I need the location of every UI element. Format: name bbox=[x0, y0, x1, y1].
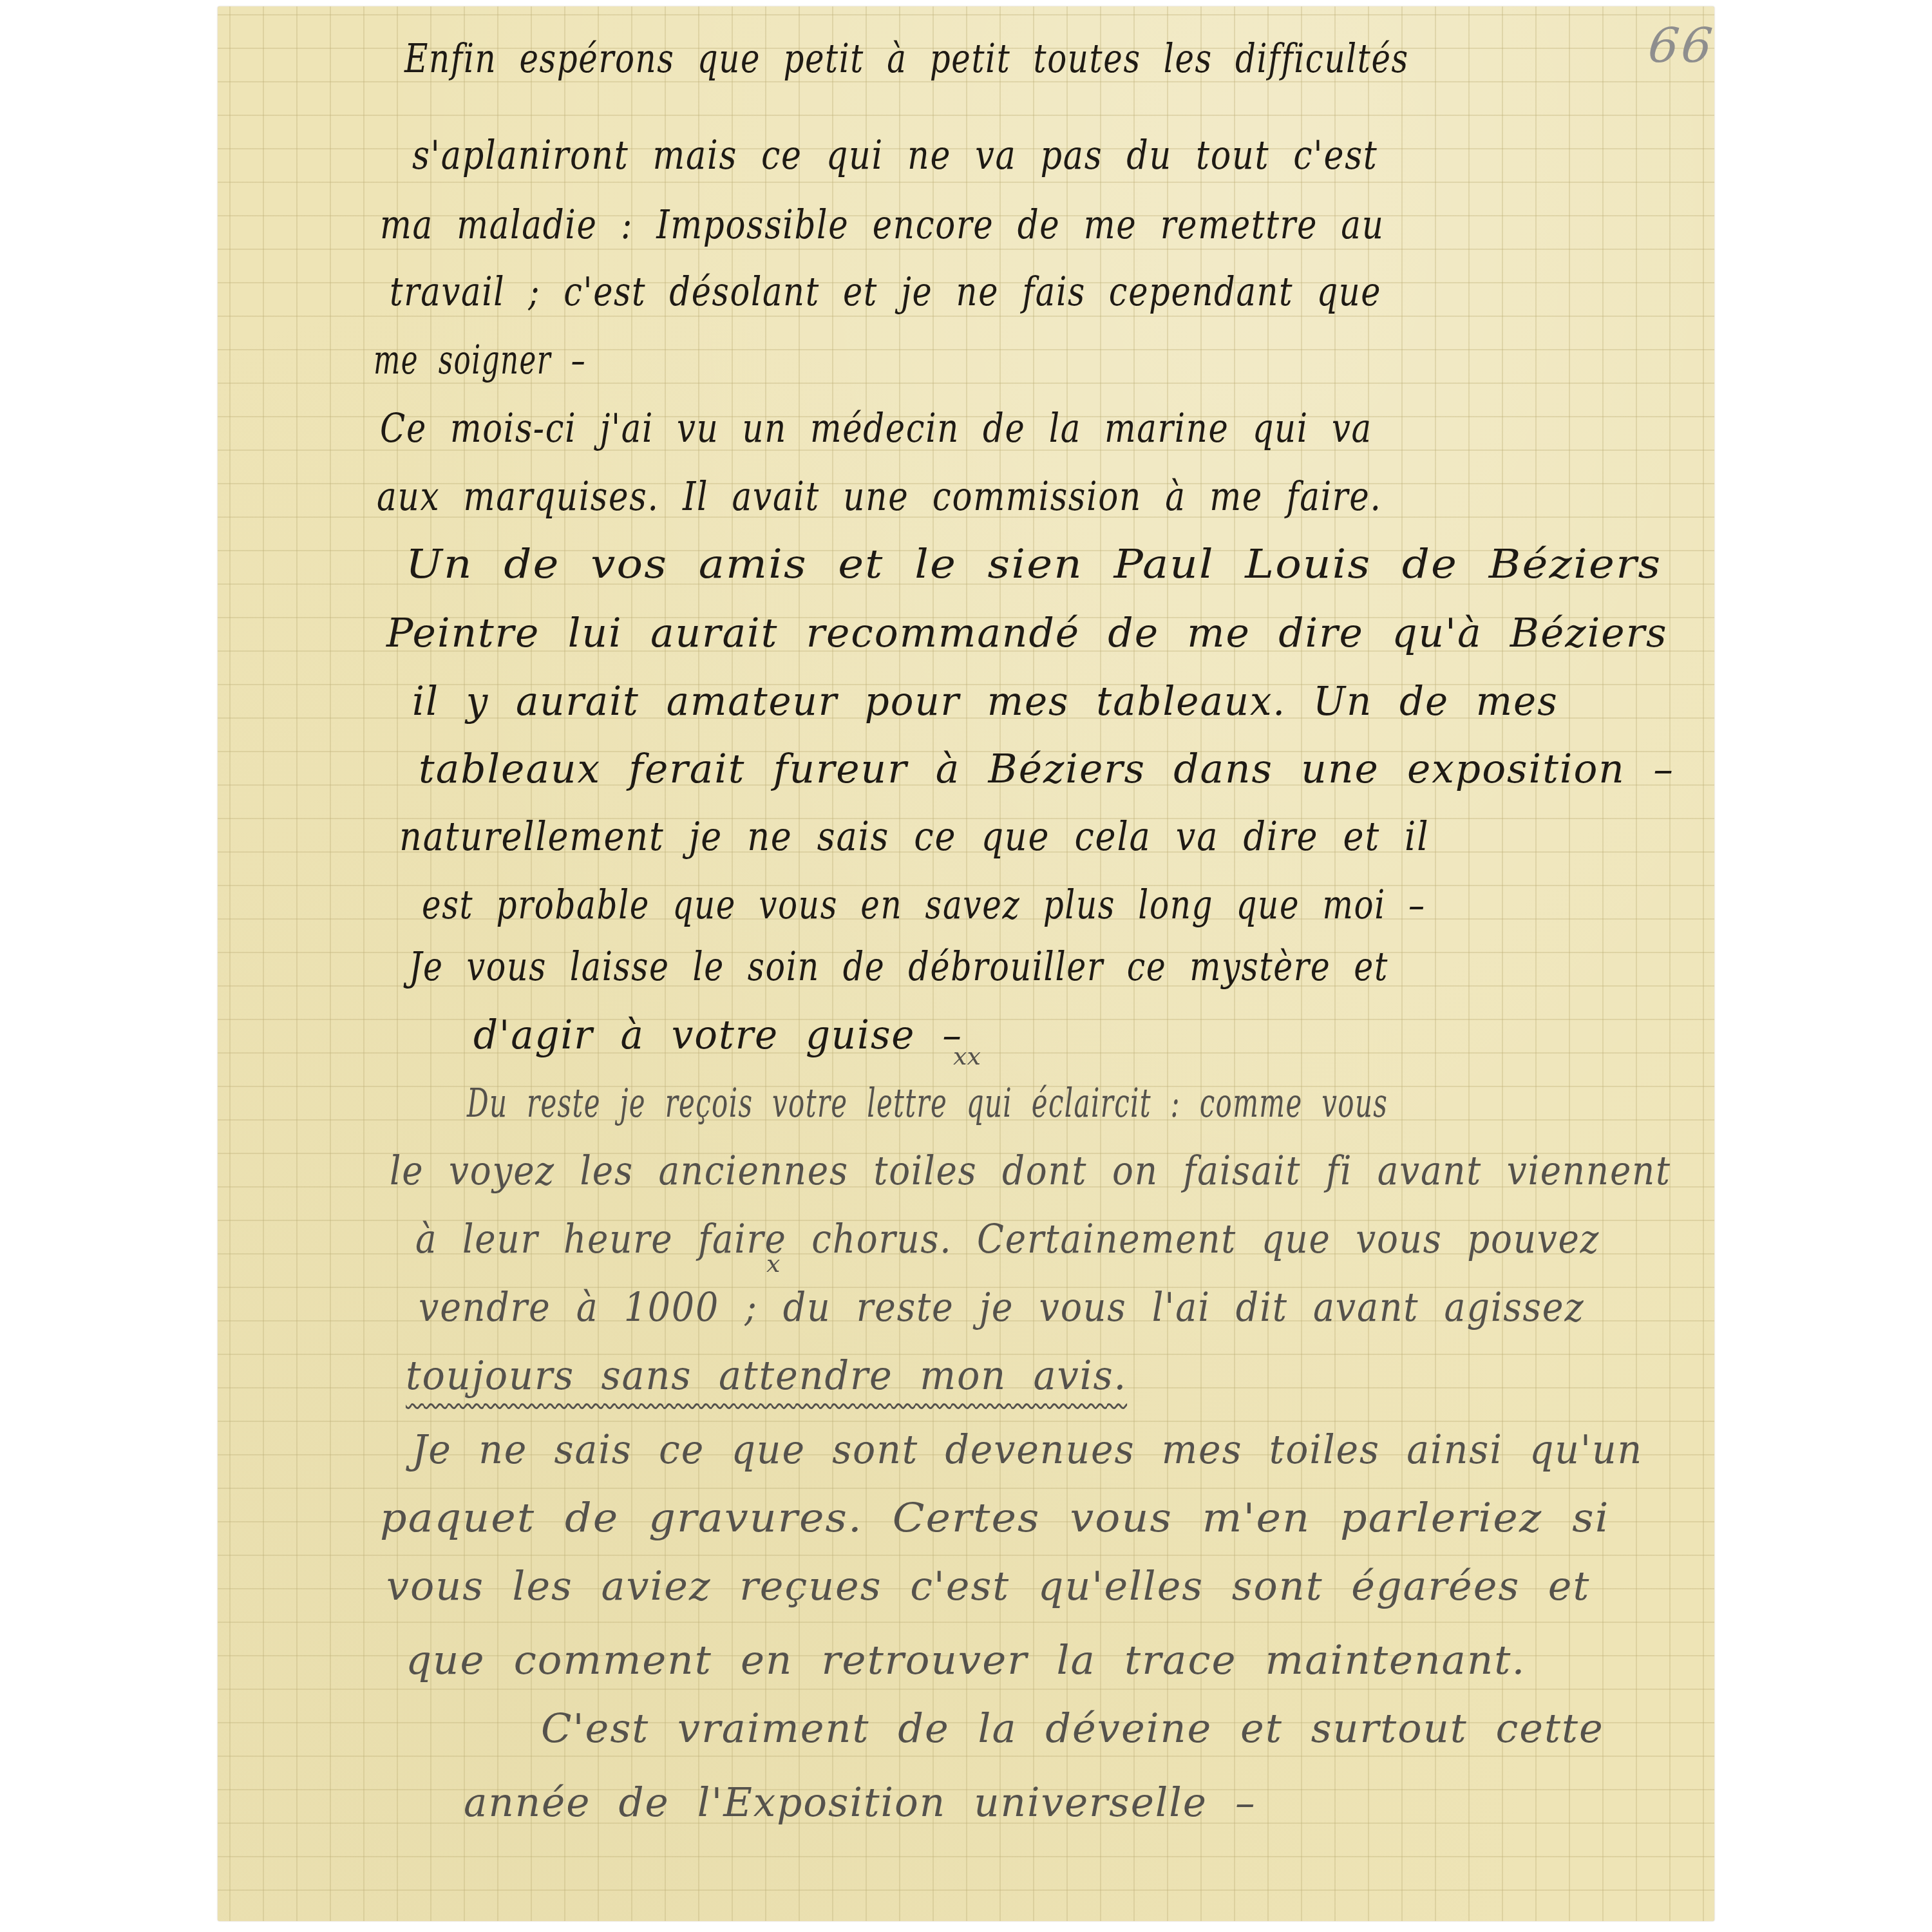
letter-line-25: C'est vraiment de la déveine et surtout … bbox=[541, 1709, 1604, 1748]
footnote-mark: x bbox=[766, 1249, 780, 1278]
letter-line-23: vous les aviez reçues c'est qu'elles son… bbox=[386, 1566, 1590, 1606]
page-number: 66 bbox=[1645, 18, 1717, 73]
letter-line-14: Je vous laisse le soin de débrouiller ce… bbox=[409, 947, 1388, 987]
letter-line-16: Du reste je reçois votre lettre qui écla… bbox=[467, 1083, 1388, 1123]
letter-line-10: il y aurait amateur pour mes tableaux. U… bbox=[412, 681, 1558, 721]
letter-line-19: vendre à 1000 ; du reste je vous l'ai di… bbox=[419, 1287, 1584, 1327]
letter-line-12: naturellement je ne sais ce que cela va … bbox=[399, 817, 1429, 857]
letter-line-5: me soigner – bbox=[374, 340, 586, 380]
letter-line-8: Un de vos amis et le sien Paul Louis de … bbox=[406, 544, 1662, 584]
letter-line-7: aux marquises. Il avait une commission à… bbox=[377, 477, 1382, 516]
letter-line-15: d'agir à votre guise – bbox=[473, 1015, 963, 1055]
letter-line-11: tableaux ferait fureur à Béziers dans un… bbox=[419, 749, 1674, 789]
letter-line-9: Peintre lui aurait recommandé de me dire… bbox=[386, 613, 1668, 653]
letter-line-3: ma maladie : Impossible encore de me rem… bbox=[380, 205, 1385, 245]
letter-line-21: Je ne sais ce que sont devenues mes toil… bbox=[412, 1430, 1643, 1470]
letter-line-22: paquet de gravures. Certes vous m'en par… bbox=[380, 1498, 1610, 1538]
letter-line-2: s'aplaniront mais ce qui ne va pas du to… bbox=[412, 135, 1378, 175]
letter-line-17: le voyez les anciennes toiles dont on fa… bbox=[390, 1151, 1671, 1191]
letter-line-24: que comment en retrouver la trace mainte… bbox=[406, 1640, 1526, 1680]
letter-line-26: année de l'Exposition universelle – bbox=[464, 1783, 1256, 1823]
letter-line-13: est probable que vous en savez plus long… bbox=[422, 885, 1426, 925]
letter-line-18: à leur heure faire chorus. Certainement … bbox=[415, 1219, 1600, 1259]
interlinear-insertion-mark: xx bbox=[953, 1042, 981, 1070]
letter-line-4: travail ; c'est désolant et je ne fais c… bbox=[390, 272, 1381, 312]
letter-line-20: toujours sans attendre mon avis. bbox=[406, 1356, 1127, 1396]
letter-line-6: Ce mois-ci j'ai vu un médecin de la mari… bbox=[380, 408, 1372, 448]
letter-line-1: Enfin espérons que petit à petit toutes … bbox=[404, 39, 1409, 79]
